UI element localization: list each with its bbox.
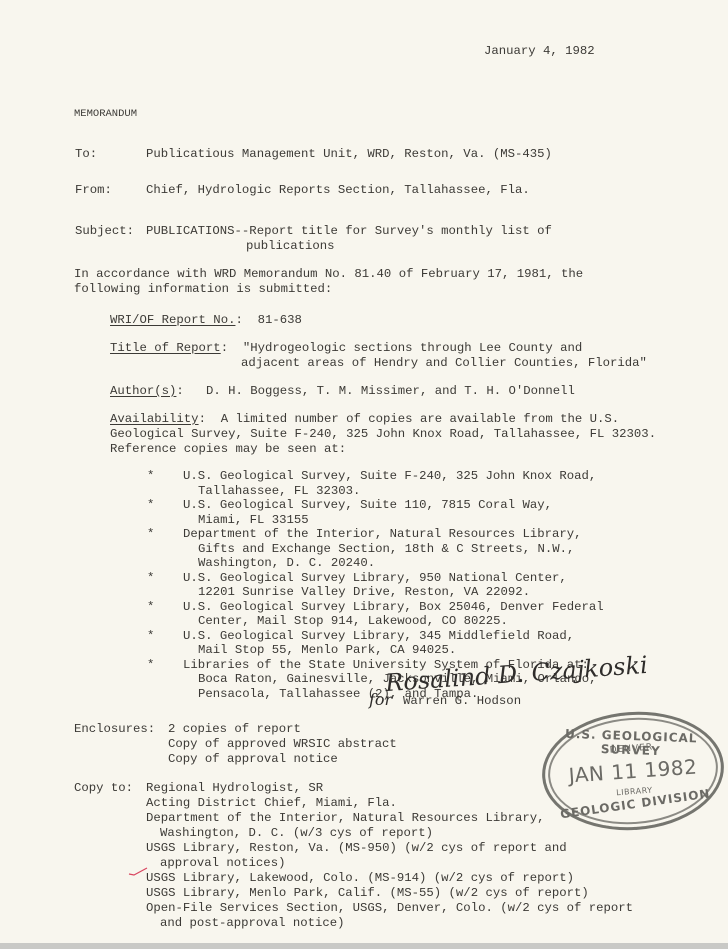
copy-recipient: Department of the Interior, Natural Reso… [146, 811, 544, 825]
bullet-star-icon: * [147, 629, 154, 643]
bullet-star-icon: * [147, 498, 154, 512]
bullet-star-icon: * [147, 527, 154, 541]
report-title-line-2: adjacent areas of Hendry and Collier Cou… [241, 356, 647, 370]
from-value: Chief, Hydrologic Reports Section, Talla… [146, 183, 530, 197]
signature-for-prefix: for [369, 690, 392, 709]
copy-recipient: USGS Library, Lakewood, Colo. (MS-914) (… [146, 871, 574, 885]
reference-location-continuation: Miami, FL 33155 [198, 513, 309, 527]
reference-location-continuation: Mail Stop 55, Menlo Park, CA 94025. [198, 643, 456, 657]
bullet-star-icon: * [147, 658, 154, 672]
to-label: To: [75, 147, 97, 161]
enclosure-item: Copy of approved WRSIC abstract [168, 737, 397, 751]
intro-line-2: following information is submitted: [74, 282, 332, 296]
availability-line-3: Reference copies may be seen at: [110, 442, 346, 456]
authors-label: Author(s) [110, 384, 176, 398]
subject-line-2: publications [246, 239, 335, 253]
reference-location: U.S. Geological Survey Library, 345 Midd… [183, 629, 574, 643]
library-received-stamp: U.S. GEOLOGICAL SURVEY DENVER JAN 11 198… [538, 706, 728, 836]
enclosure-item: Copy of approval notice [168, 752, 338, 766]
authors-value: : D. H. Boggess, T. M. Missimer, and T. … [176, 384, 574, 398]
bullet-star-icon: * [147, 600, 154, 614]
copy-recipient-continuation: Washington, D. C. (w/3 cys of report) [160, 826, 433, 840]
report-number-label: WRI/OF Report No. [110, 313, 235, 327]
red-check-mark-icon [128, 866, 148, 876]
copy-recipient: Open-File Services Section, USGS, Denver… [146, 901, 633, 915]
reference-location: U.S. Geological Survey Library, 950 Nati… [183, 571, 567, 585]
copy-recipient: Acting District Chief, Miami, Fla. [146, 796, 397, 810]
memo-page: January 4, 1982 MEMORANDUM To: Publicati… [0, 0, 728, 943]
copy-recipient: USGS Library, Menlo Park, Calif. (MS-55)… [146, 886, 589, 900]
report-number-value: : 81-638 [235, 313, 301, 327]
reference-location-continuation: 12201 Sunrise Valley Drive, Reston, VA 2… [198, 585, 530, 599]
reference-location: U.S. Geological Survey, Suite F-240, 325… [183, 469, 596, 483]
bullet-star-icon: * [147, 469, 154, 483]
intro-line-1: In accordance with WRD Memorandum No. 81… [74, 267, 583, 281]
memo-heading: MEMORANDUM [74, 107, 137, 121]
availability-label: Availability [110, 412, 199, 426]
reference-location-continuation: Gifts and Exchange Section, 18th & C Str… [198, 542, 574, 556]
reference-location: U.S. Geological Survey, Suite 110, 7815 … [183, 498, 552, 512]
page-bottom-edge [0, 943, 728, 949]
reference-location: U.S. Geological Survey Library, Box 2504… [183, 600, 604, 614]
report-title-label: Title of Report [110, 341, 221, 355]
copy-recipient: Regional Hydrologist, SR [146, 781, 323, 795]
reference-location-continuation: Tallahassee, FL 32303. [198, 484, 360, 498]
report-title-field: Title of Report: "Hydrogeologic sections… [110, 341, 582, 355]
bullet-star-icon: * [147, 571, 154, 585]
subject-line-1: PUBLICATIONS--Report title for Survey's … [146, 224, 552, 238]
signatory-name: Warren G. Hodson [403, 694, 521, 708]
availability-line-2: Geological Survey, Suite F-240, 325 John… [110, 427, 656, 441]
enclosure-item: 2 copies of report [168, 722, 301, 736]
report-title-line-1: : "Hydrogeologic sections through Lee Co… [221, 341, 583, 355]
copy-recipient: USGS Library, Reston, Va. (MS-950) (w/2 … [146, 841, 567, 855]
authors-field: Author(s): D. H. Boggess, T. M. Missimer… [110, 384, 575, 398]
reference-location-continuation: Washington, D. C. 20240. [198, 556, 375, 570]
memo-date: January 4, 1982 [484, 44, 595, 58]
copy-recipient-continuation: and post-approval notice) [160, 916, 344, 930]
reference-location-continuation: Center, Mail Stop 914, Lakewood, CO 8022… [198, 614, 508, 628]
availability-field: Availability: A limited number of copies… [110, 412, 619, 426]
copy-to-label: Copy to: [74, 781, 133, 795]
subject-label: Subject: [75, 224, 134, 238]
copy-recipient-continuation: approval notices) [160, 856, 285, 870]
reference-location: Department of the Interior, Natural Reso… [183, 527, 581, 541]
report-number-field: WRI/OF Report No.: 81-638 [110, 313, 302, 327]
from-label: From: [75, 183, 112, 197]
to-value: Publicatious Management Unit, WRD, Resto… [146, 147, 552, 161]
enclosures-label: Enclosures: [74, 722, 155, 736]
availability-line-1: : A limited number of copies are availab… [199, 412, 620, 426]
